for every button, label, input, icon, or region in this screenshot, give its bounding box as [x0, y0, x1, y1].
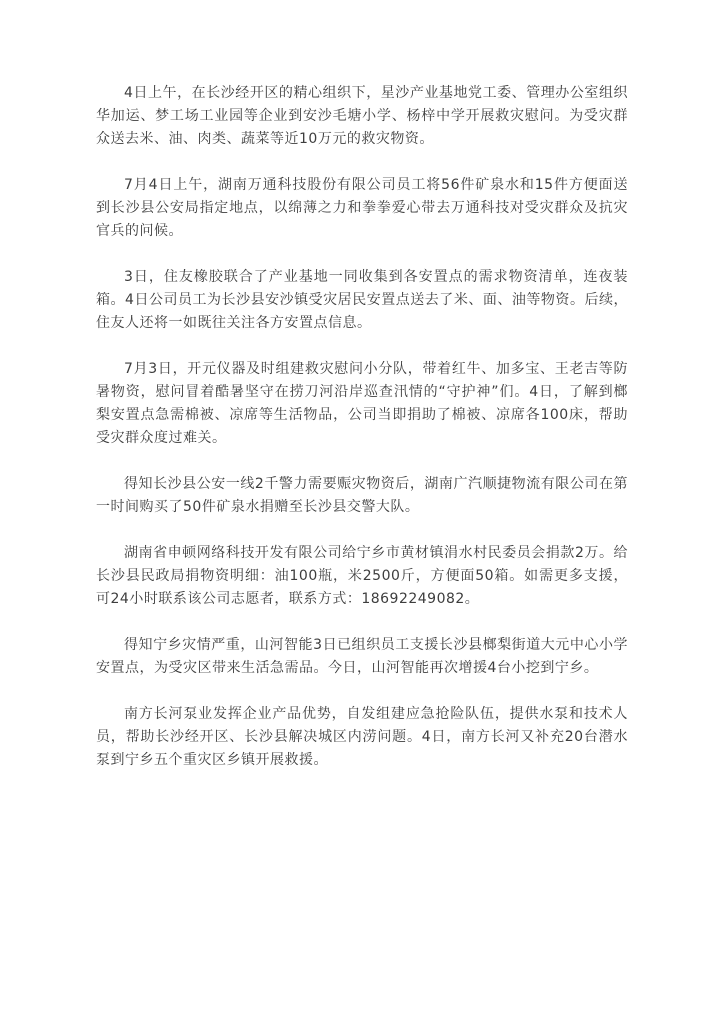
- paragraph-4: 7月3日，开元仪器及时组建救灾慰问小分队，带着红牛、加多宝、王老吉等防暑物资，慰…: [96, 358, 628, 450]
- paragraph-3: 3日，住友橡胶联合了产业基地一同收集到各安置点的需求物资清单，连夜装箱。4日公司…: [96, 266, 628, 335]
- paragraph-1: 4日上午，在长沙经开区的精心组织下，星沙产业基地党工委、管理办公室组织华加运、梦…: [96, 82, 628, 151]
- document-page: 4日上午，在长沙经开区的精心组织下，星沙产业基地党工委、管理办公室组织华加运、梦…: [0, 0, 724, 1024]
- paragraph-6: 湖南省申顿网络科技开发有限公司给宁乡市黄材镇涓水村民委员会捐款2万。给长沙县民政…: [96, 542, 628, 611]
- paragraph-8: 南方长河泵业发挥企业产品优势，自发组建应急抢险队伍，提供水泵和技术人员，帮助长沙…: [96, 703, 628, 772]
- paragraph-2: 7月4日上午，湖南万通科技股份有限公司员工将56件矿泉水和15件方便面送到长沙县…: [96, 174, 628, 243]
- paragraph-5: 得知长沙县公安一线2千警力需要赈灾物资后，湖南广汽顺捷物流有限公司在第一时间购买…: [96, 473, 628, 519]
- paragraph-7: 得知宁乡灾情严重，山河智能3日已组织员工支援长沙县榔梨街道大元中心小学安置点，为…: [96, 634, 628, 680]
